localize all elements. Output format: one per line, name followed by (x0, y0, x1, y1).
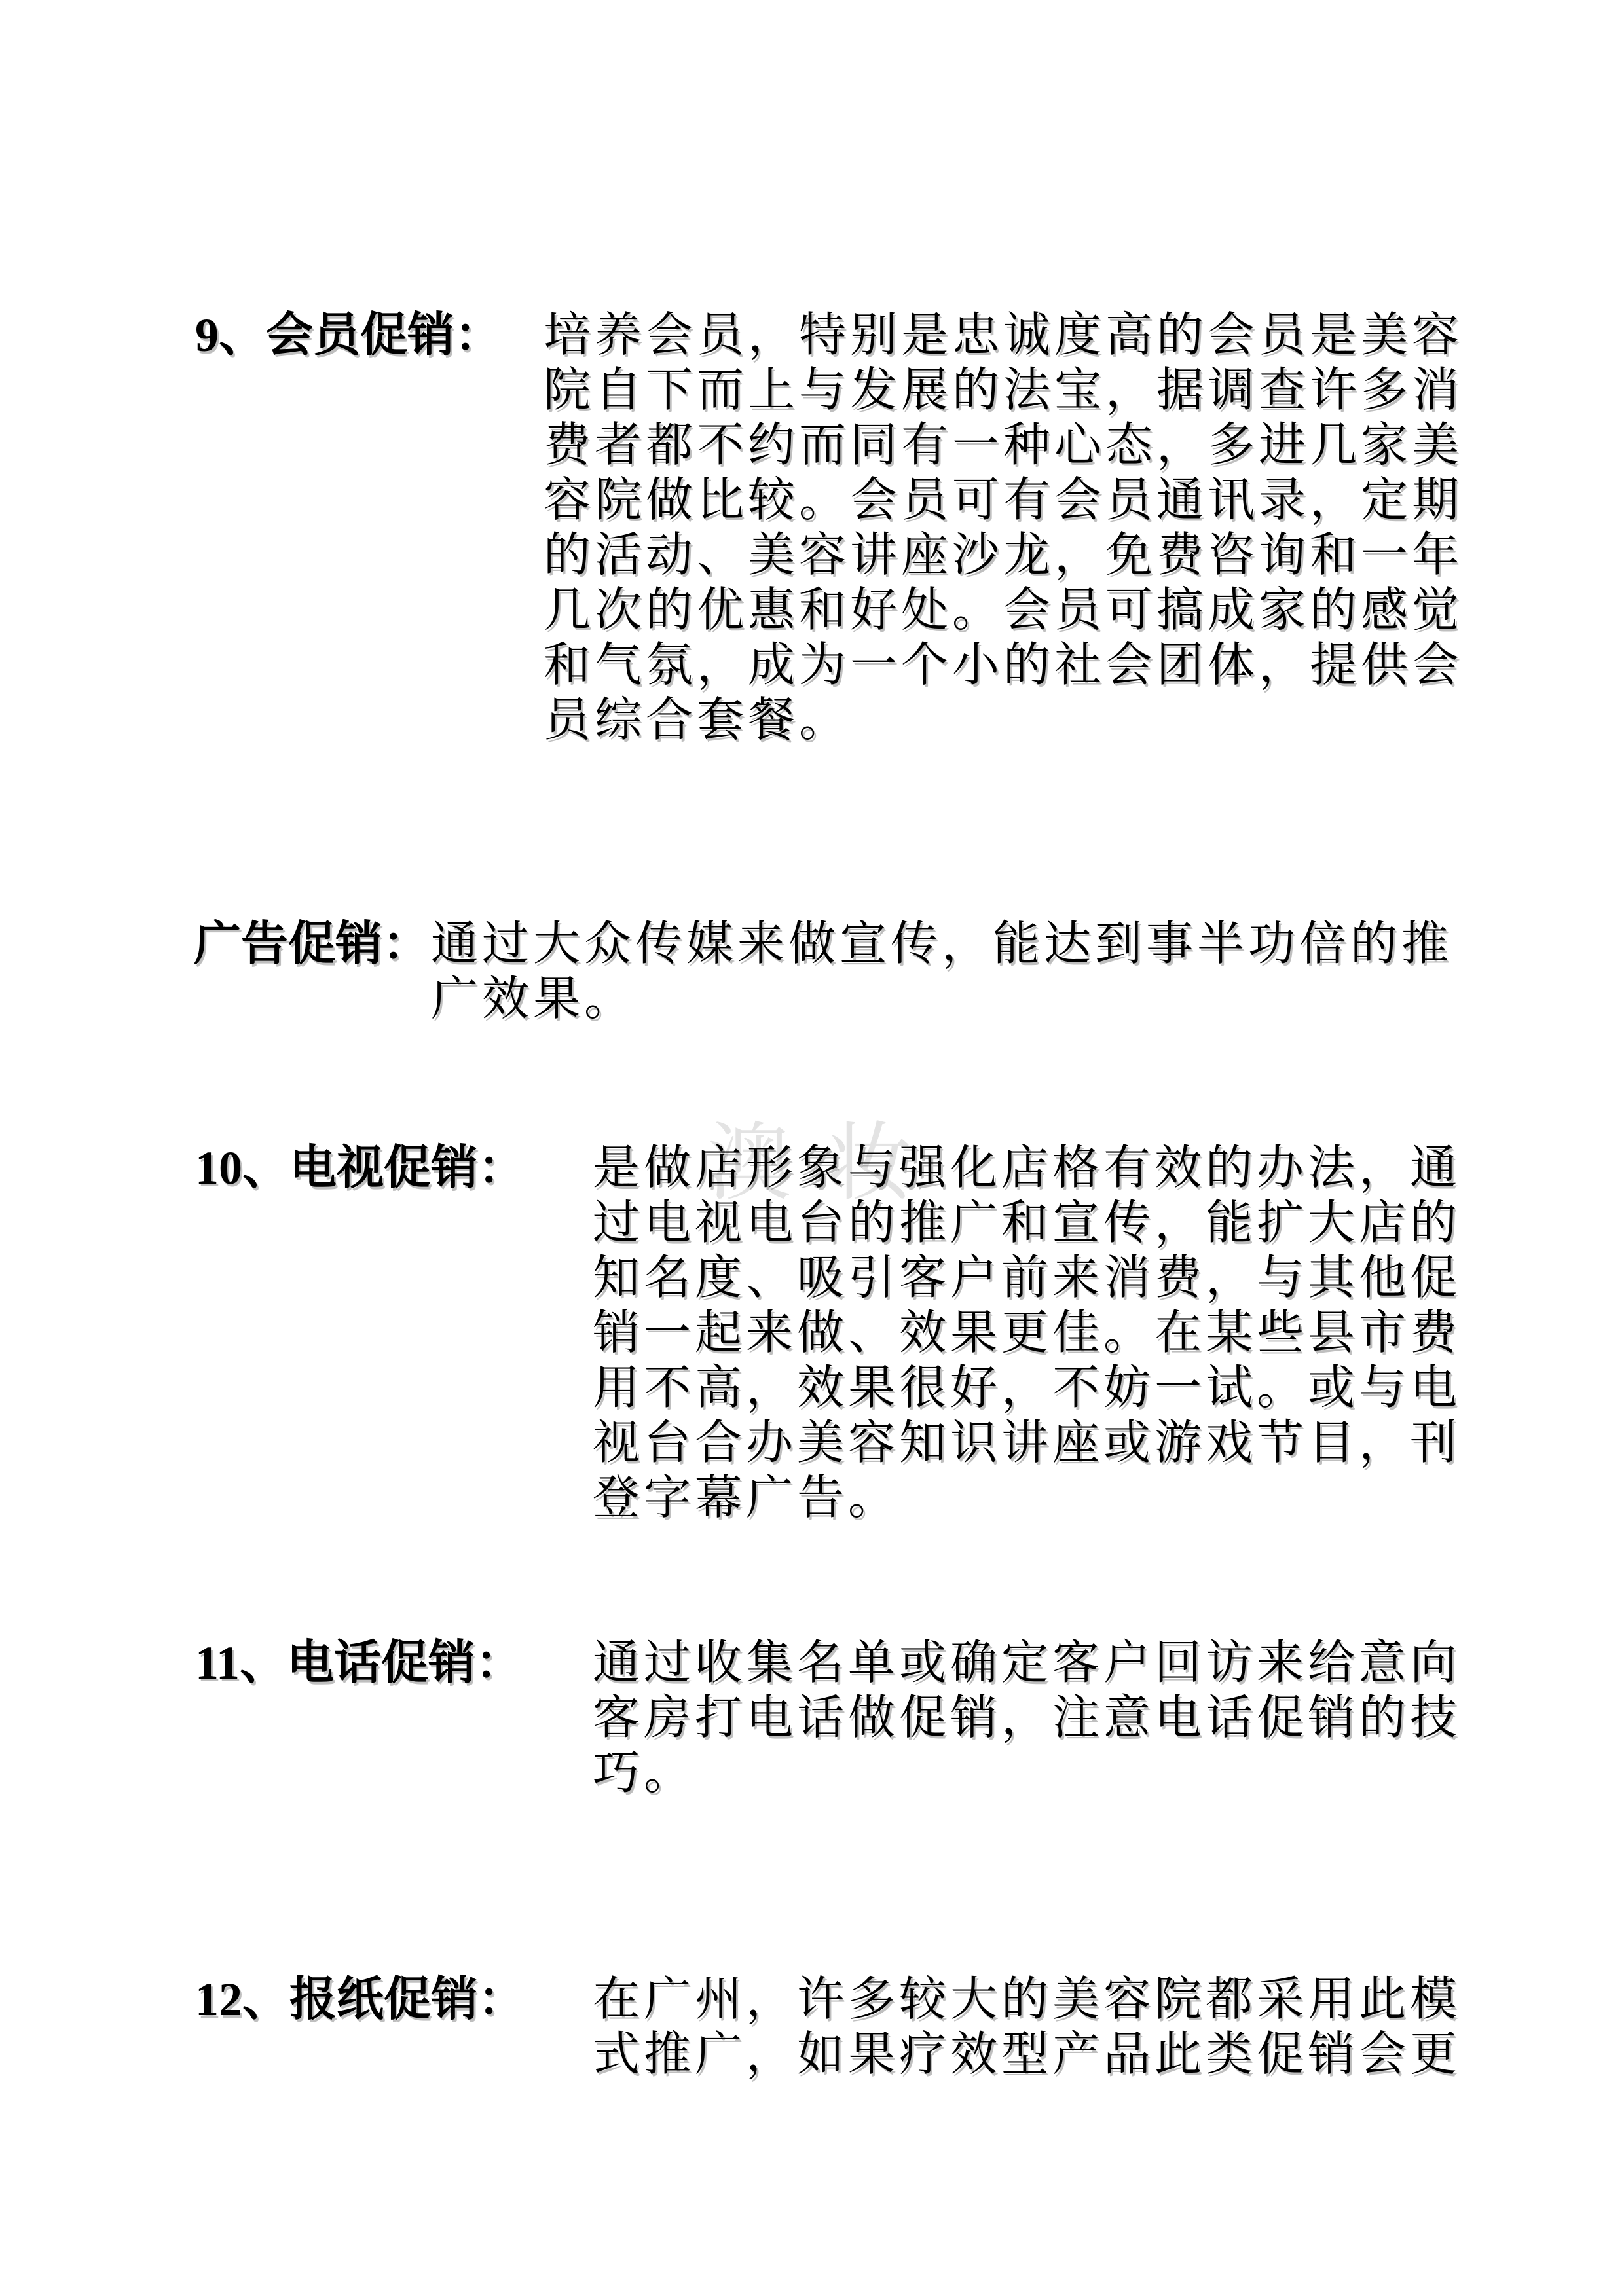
ad-promo-body: 通过大众传媒来做宣传，能达到事半功倍的推广效果。 (431, 917, 1455, 1027)
item-10-body: 是做店形象与强化店格有效的办法，通过电视电台的推广和宣传，能扩大店的知名度、吸引… (593, 1140, 1464, 1525)
item-11-body: 通过收集名单或确定客户回访来给意向客房打电话做促销，注意电话促销的技巧。 (593, 1635, 1464, 1800)
ad-promo-label: 广告促销： (194, 917, 430, 972)
item-11-label: 11、电话促销： (195, 1635, 523, 1690)
item-9-label: 9、会员促销： (195, 308, 502, 363)
item-12-body: 在广州，许多较大的美容院都采用此模式推广，如果疗效型产品此类促销会更 (593, 1972, 1464, 2082)
item-10-label: 10、电视促销： (195, 1140, 525, 1195)
document-page: 澳妆 9、会员促销： 培养会员，特别是忠诚度高的会员是美容院自下而上与发展的法宝… (0, 0, 1624, 2296)
item-12-label: 12、报纸促销： (195, 1972, 525, 2027)
item-9-body: 培养会员，特别是忠诚度高的会员是美容院自下而上与发展的法宝，据调查许多消费者都不… (544, 308, 1464, 748)
